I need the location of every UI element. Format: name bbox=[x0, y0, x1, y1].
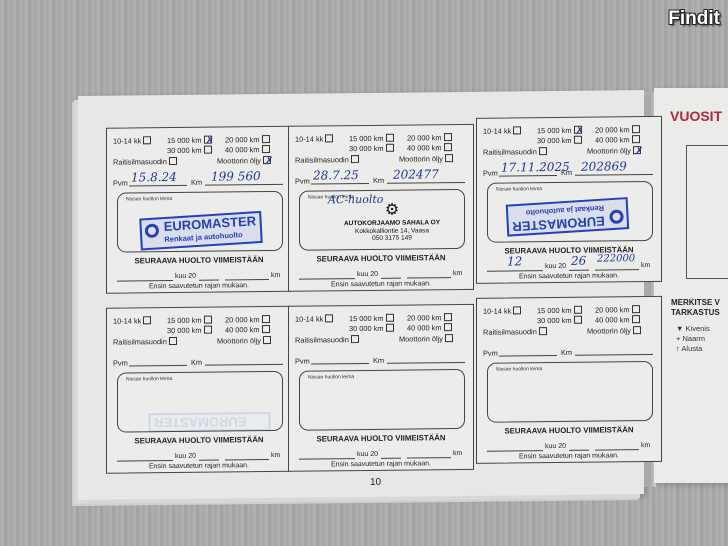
service-record-card: 10-14 kk15 000 km✗20 000 km30 000 km40 0… bbox=[476, 116, 662, 284]
next-km-field[interactable]: 222000 bbox=[597, 253, 635, 264]
km15-checkbox[interactable] bbox=[386, 314, 394, 322]
euromaster-logo-icon bbox=[609, 209, 624, 224]
km30-checkbox[interactable] bbox=[204, 326, 212, 334]
km30-checkbox[interactable] bbox=[386, 324, 394, 332]
whichever-first-note: Ensin saavutetun rajan mukaan. bbox=[289, 280, 473, 289]
damage-legend: ▼ Kivenis + Naarm ↑ Alusta bbox=[676, 324, 710, 354]
stamp-area: Nissan huollon leimaAC-huolto⚙AUTOKORJAA… bbox=[299, 189, 465, 251]
km30-checkbox[interactable] bbox=[204, 146, 212, 154]
next-service-heading: SEURAAVA HUOLTO VIIMEISTÄÄN bbox=[107, 255, 291, 266]
engine-oil-checkbox[interactable] bbox=[445, 334, 453, 342]
page-number: 10 bbox=[370, 477, 381, 488]
km40-checkbox[interactable] bbox=[262, 145, 270, 153]
next-month-field[interactable]: 12 bbox=[507, 254, 522, 268]
left-page: 10-14 kk15 000 km✗20 000 km30 000 km40 0… bbox=[78, 90, 644, 500]
cabin-filter-checkbox[interactable] bbox=[351, 155, 359, 163]
engine-oil-checkbox[interactable] bbox=[263, 336, 271, 344]
right-page: VUOSIT MERKITSE V TARKASTUS ▼ Kivenis + … bbox=[654, 88, 728, 483]
km15-checkbox[interactable] bbox=[204, 316, 212, 324]
cabin-filter-checkbox[interactable] bbox=[351, 335, 359, 343]
cabin-filter-checkbox[interactable] bbox=[539, 147, 547, 155]
km15-checkbox[interactable] bbox=[386, 134, 394, 142]
service-date-field[interactable]: 17.11.2025 bbox=[501, 160, 570, 175]
km20-checkbox[interactable] bbox=[632, 305, 640, 313]
months-checkbox[interactable] bbox=[513, 126, 521, 134]
km40-checkbox[interactable] bbox=[632, 315, 640, 323]
service-record-card: 10-14 kk15 000 km20 000 km30 000 km40 00… bbox=[106, 306, 292, 474]
next-year-field[interactable]: 26 bbox=[571, 254, 586, 268]
underbody-icon: ↑ bbox=[676, 344, 680, 353]
whichever-first-note: Ensin saavutetun rajan mukaan. bbox=[477, 452, 661, 461]
km40-checkbox[interactable] bbox=[262, 325, 270, 333]
cabin-filter-checkbox[interactable] bbox=[169, 157, 177, 165]
km20-checkbox[interactable] bbox=[444, 133, 452, 141]
odometer-field[interactable]: 199 560 bbox=[211, 169, 261, 184]
whichever-first-note: Ensin saavutetun rajan mukaan. bbox=[477, 272, 661, 281]
next-service-heading: SEURAAVA HUOLTO VIIMEISTÄÄN bbox=[107, 435, 291, 446]
km40-checkbox[interactable] bbox=[444, 323, 452, 331]
service-date-field[interactable]: 15.8.24 bbox=[131, 170, 177, 184]
service-record-card: 10-14 kk15 000 km✗20 000 km30 000 km40 0… bbox=[106, 126, 292, 294]
km20-checkbox[interactable] bbox=[632, 125, 640, 133]
months-checkbox[interactable] bbox=[325, 314, 333, 322]
service-record-card: 10-14 kk15 000 km20 000 km30 000 km40 00… bbox=[288, 124, 474, 292]
euromaster-stamp: EUROMASTERRenkaat ja autohuolto bbox=[139, 211, 263, 251]
scratch-icon: + bbox=[676, 334, 680, 343]
cabin-filter-checkbox[interactable] bbox=[539, 327, 547, 335]
km20-checkbox[interactable] bbox=[262, 135, 270, 143]
km15-checkbox[interactable] bbox=[574, 306, 582, 314]
service-date-field[interactable]: 28.7.25 bbox=[313, 168, 359, 182]
whichever-first-note: Ensin saavutetun rajan mukaan. bbox=[107, 462, 291, 471]
months-checkbox[interactable] bbox=[143, 316, 151, 324]
next-service-heading: SEURAAVA HUOLTO VIIMEISTÄÄN bbox=[289, 253, 473, 264]
odometer-field[interactable]: 202869 bbox=[581, 159, 627, 173]
whichever-first-note: Ensin saavutetun rajan mukaan. bbox=[107, 282, 291, 291]
months-checkbox[interactable] bbox=[325, 134, 333, 142]
euromaster-stamp: EUROMASTERRenkaat ja autohuolto bbox=[505, 197, 629, 237]
km30-checkbox[interactable] bbox=[386, 144, 394, 152]
cabin-filter-checkbox[interactable] bbox=[169, 337, 177, 345]
right-page-heading: MERKITSE V TARKASTUS bbox=[671, 298, 720, 318]
faded-stamp-imprint: EUROMASTER bbox=[148, 412, 270, 432]
euromaster-logo-icon bbox=[145, 223, 160, 238]
stamp-area: Nissan huollon leima bbox=[299, 369, 465, 431]
check-mark-icon: ✗ bbox=[635, 146, 643, 157]
stamp-area: Nissan huollon leimaEUROMASTERRenkaat ja… bbox=[117, 191, 283, 253]
stamp-area: Nissan huollon leimaEUROMASTER bbox=[117, 371, 283, 433]
gear-logo-icon: ⚙ bbox=[322, 202, 462, 219]
km30-checkbox[interactable] bbox=[574, 316, 582, 324]
months-checkbox[interactable] bbox=[143, 136, 151, 144]
service-record-card: 10-14 kk15 000 km20 000 km30 000 km40 00… bbox=[476, 296, 662, 464]
sahala-stamp: ⚙AUTOKORJAAMO SAHALA OYKokkokalliontie 1… bbox=[322, 202, 462, 243]
findit-watermark: Findit bbox=[668, 8, 720, 30]
right-page-title: VUOSIT bbox=[670, 108, 722, 124]
engine-oil-checkbox[interactable] bbox=[633, 326, 641, 334]
km20-checkbox[interactable] bbox=[262, 315, 270, 323]
stone-chip-icon: ▼ bbox=[676, 324, 683, 333]
next-service-heading: SEURAAVA HUOLTO VIIMEISTÄÄN bbox=[477, 425, 661, 436]
check-mark-icon: ✗ bbox=[265, 156, 273, 167]
km30-checkbox[interactable] bbox=[574, 136, 582, 144]
km40-checkbox[interactable] bbox=[444, 143, 452, 151]
stamp-area: Nissan huollon leima bbox=[487, 361, 653, 423]
car-diagram bbox=[686, 145, 728, 279]
months-checkbox[interactable] bbox=[513, 306, 521, 314]
odometer-field[interactable]: 202477 bbox=[393, 167, 439, 181]
engine-oil-checkbox[interactable] bbox=[445, 154, 453, 162]
service-record-card: 10-14 kk15 000 km20 000 km30 000 km40 00… bbox=[288, 304, 474, 472]
km40-checkbox[interactable] bbox=[632, 135, 640, 143]
next-service-heading: SEURAAVA HUOLTO VIIMEISTÄÄN bbox=[289, 433, 473, 444]
whichever-first-note: Ensin saavutetun rajan mukaan. bbox=[289, 460, 473, 469]
stamp-area: Nissan huollon leimaEUROMASTERRenkaat ja… bbox=[487, 181, 653, 243]
km20-checkbox[interactable] bbox=[444, 313, 452, 321]
